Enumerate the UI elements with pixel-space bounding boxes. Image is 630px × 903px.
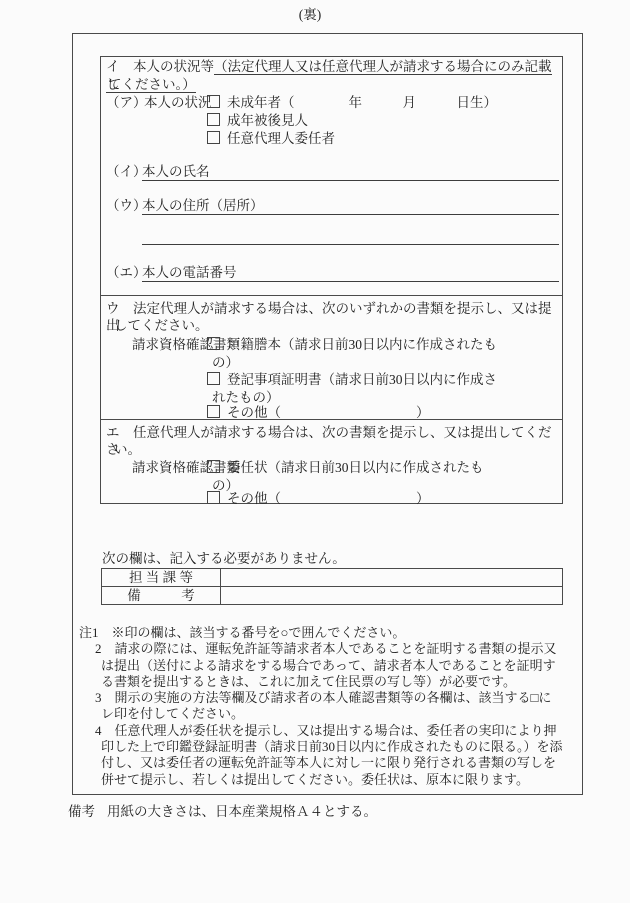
option-voluntary-principal: 任意代理人委任者 (207, 131, 335, 147)
other-legal-checkbox[interactable] (207, 405, 220, 418)
minor-checkbox[interactable] (207, 95, 220, 108)
voluntary-principal-checkbox[interactable] (207, 131, 220, 144)
principal-address-field-line2[interactable] (142, 228, 559, 245)
paper-size-remark: 備考用紙の大きさは、日本産業規格Ａ４とする。 (68, 803, 377, 821)
remarks-value-cell (221, 587, 563, 605)
principal-phone-field[interactable]: 本人の電話番号 (142, 265, 559, 282)
adult-ward-checkbox[interactable] (207, 113, 220, 126)
paper-size-remark-text: 用紙の大きさは、日本産業規格Ａ４とする。 (107, 804, 377, 819)
table-row: 担 当 課 等 (102, 569, 563, 587)
family-register-checkbox[interactable] (207, 337, 220, 350)
row-a-number: （ア） (106, 95, 147, 111)
principal-name-field[interactable]: 本人の氏名 (142, 164, 559, 181)
option-other-legal-label: その他（ ） (227, 405, 430, 420)
principal-phone-label: 本人の電話番号 (142, 265, 237, 280)
remarks-label: 備 考 (102, 587, 221, 605)
office-use-table: 担 当 課 等 備 考 (101, 568, 563, 605)
option-minor: 未成年者（ 年 月 日生） (207, 95, 497, 111)
option-registry-certificate: 登記事項証明書（請求日前30日以内に作成さ れたもの） (207, 371, 560, 406)
option-minor-label: 未成年者（ 年 月 日生） (227, 95, 497, 110)
option-power-of-attorney: 委任状（請求日前30日以内に作成されたも の） (207, 459, 560, 494)
option-family-register: 戸籍謄本（請求日前30日以内に作成されたも の） (207, 336, 560, 371)
notes-block: 注1 ※印の欄は、該当する番号を○で囲んでください。 2 請求の際には、運転免許… (79, 625, 583, 788)
other-voluntary-checkbox[interactable] (207, 491, 220, 504)
option-registry-certificate-label: 登記事項証明書（請求日前30日以内に作成さ れたもの） (212, 372, 497, 405)
staff-section-value-cell (221, 569, 563, 587)
section-e-title-line1: エ 任意代理人が請求する場合は、次の書類を提示し、又は提出してくださ (106, 424, 562, 458)
staff-section-label: 担 当 課 等 (102, 569, 221, 587)
row-e-number: （エ） (106, 265, 147, 281)
section-u-title-line2: してください。 (114, 317, 209, 334)
row-a-label: 本人の状況 (144, 95, 212, 111)
option-voluntary-principal-label: 任意代理人委任者 (227, 131, 335, 146)
registry-certificate-checkbox[interactable] (207, 372, 220, 385)
option-other-voluntary-label: その他（ ） (227, 491, 430, 506)
note-3: 3 開示の実施の方法等欄及び請求者の本人確認書類等の各欄は、該当する□に レ印を… (79, 690, 583, 723)
principal-address-field[interactable]: 本人の住所（居所） (142, 198, 559, 215)
note-4: 4 任意代理人が委任状を提示し、又は提出する場合は、委任者の実印により押 印した… (79, 723, 583, 788)
office-instruction: 次の欄は、記入する必要がありません。 (102, 550, 346, 568)
section-legal-agent: ウ 法定代理人が請求する場合は、次のいずれかの書類を提示し、又は提出 してくださ… (100, 295, 563, 420)
section-stack: イ 本人の状況等（法定代理人又は任意代理人が請求する場合にのみ記載し てください… (100, 56, 563, 504)
section-e-title-line2: い。 (114, 441, 141, 458)
note-2: 2 請求の際には、運転免許証等請求者本人であることを証明する書類の提示又 は提出… (79, 641, 583, 690)
power-of-attorney-checkbox[interactable] (207, 460, 220, 473)
section-voluntary-agent: エ 任意代理人が請求する場合は、次の書類を提示し、又は提出してくださ い。 請求… (100, 419, 563, 504)
section-i-title-prefix: イ 本人の状況等 (106, 59, 214, 74)
option-adult-ward-label: 成年被後見人 (227, 113, 308, 128)
table-row: 備 考 (102, 587, 563, 605)
row-u-number: （ウ） (106, 198, 147, 214)
section-principal-status: イ 本人の状況等（法定代理人又は任意代理人が請求する場合にのみ記載し てください… (100, 56, 563, 296)
principal-name-label: 本人の氏名 (142, 164, 210, 179)
form-outer-border: イ 本人の状況等（法定代理人又は任意代理人が請求する場合にのみ記載し てください… (72, 33, 583, 795)
option-family-register-label: 戸籍謄本（請求日前30日以内に作成されたも の） (212, 337, 497, 370)
option-power-of-attorney-label: 委任状（請求日前30日以内に作成されたも の） (212, 460, 484, 493)
note-1: 注1 ※印の欄は、該当する番号を○で囲んでください。 (79, 625, 583, 641)
option-adult-ward: 成年被後見人 (207, 113, 308, 129)
form-page: { "header": { "side_label": "(裏)" }, "se… (0, 0, 630, 903)
option-other-voluntary: その他（ ） (207, 490, 560, 508)
principal-address-label: 本人の住所（居所） (142, 198, 264, 213)
paper-size-remark-label: 備考 (68, 804, 95, 819)
row-i-number: （イ） (106, 164, 147, 180)
section-i-title-note-line2: てください。） (108, 76, 196, 94)
page-side-label: (裏) (0, 6, 620, 24)
